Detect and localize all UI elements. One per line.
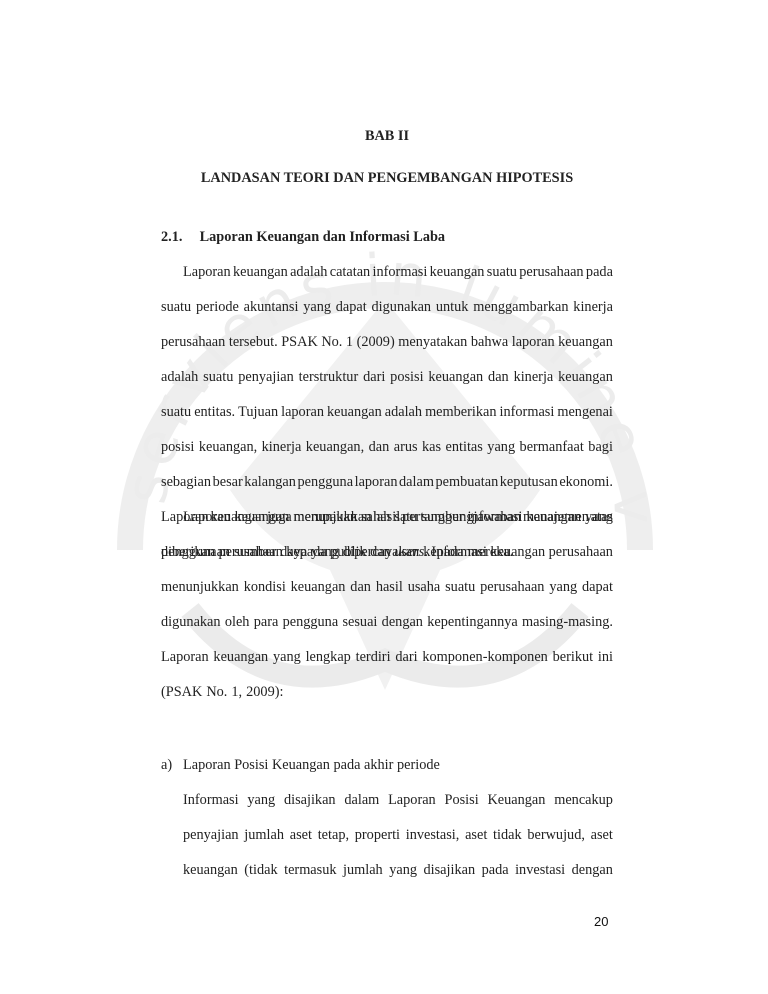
text-line: diberikanperusahaankepadapublikdanusers.…	[161, 542, 613, 577]
chapter-title: LANDASAN TEORI DAN PENGEMBANGAN HIPOTESI…	[161, 170, 613, 187]
document-page: serviens in lumine veritatis BAB II LAND…	[0, 0, 768, 994]
list-item-a-body: InformasiyangdisajikandalamLaporanPosisi…	[183, 790, 613, 895]
paragraph-2: Laporankeuanganmerupakansalahsatusumberi…	[161, 507, 613, 717]
text-line: suatuentitas.Tujuanlaporankeuanganadalah…	[161, 402, 613, 437]
list-item-a: a) Laporan Posisi Keuangan pada akhir pe…	[161, 755, 613, 790]
text-line: perusahaantersebut.PSAKNo.1(2009)menyata…	[161, 332, 613, 367]
text-line: digunakanolehparapenggunasesuaidengankep…	[161, 612, 613, 647]
text-line: menunjukkankondisikeuangandanhasilusahas…	[161, 577, 613, 612]
text-line: Laporankeuanganadalahcatataninformasikeu…	[161, 262, 613, 297]
text-line: Laporankeuanganmerupakansalahsatusumberi…	[161, 507, 613, 542]
text-line: sebagianbesarkalanganpenggunalaporandala…	[161, 472, 613, 507]
chapter-heading: BAB II	[161, 128, 613, 145]
text-line: adalahsuatupenyajianterstrukturdariposis…	[161, 367, 613, 402]
text-line: suatuperiodeakuntansiyangdapatdigunakanu…	[161, 297, 613, 332]
list-item-a-title: Laporan Posisi Keuangan pada akhir perio…	[183, 755, 440, 790]
text-line: penyajianjumlahasettetap,propertiinvesta…	[183, 825, 613, 860]
text-line: (PSAKNo.1,2009):	[161, 682, 613, 717]
list-item-a-label: a)	[161, 755, 183, 790]
section-heading: 2.1. Laporan Keuangan dan Informasi Laba	[161, 229, 445, 246]
page-number: 20	[594, 914, 608, 929]
section-title: Laporan Keuangan dan Informasi Laba	[200, 229, 446, 245]
text-line: InformasiyangdisajikandalamLaporanPosisi…	[183, 790, 613, 825]
list-item-a-title-line: a) Laporan Posisi Keuangan pada akhir pe…	[161, 755, 613, 790]
text-line: keuangan(tidaktermasukjumlahyangdisajika…	[183, 860, 613, 895]
text-line: posisikeuangan,kinerjakeuangan,danaruska…	[161, 437, 613, 472]
section-number: 2.1.	[161, 229, 186, 246]
text-line: Laporankeuanganyanglengkapterdiridarikom…	[161, 647, 613, 682]
